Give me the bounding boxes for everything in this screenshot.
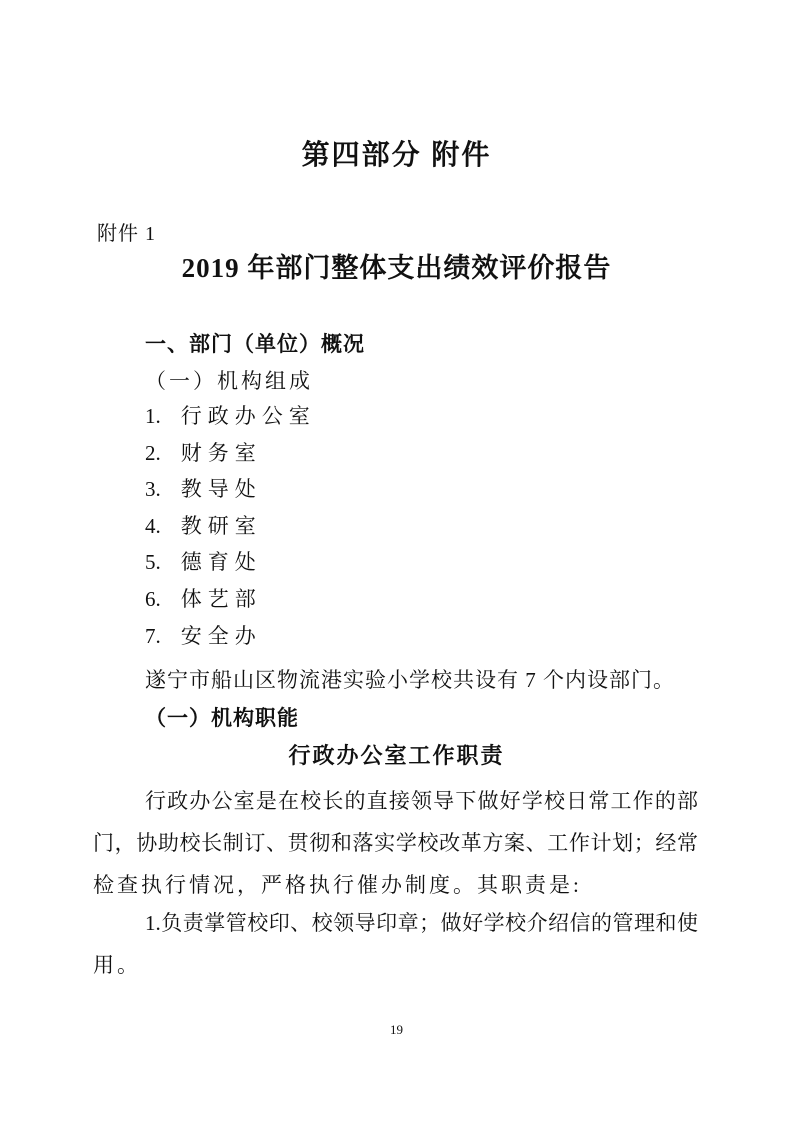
report-title: 2019 年部门整体支出绩效评价报告 xyxy=(0,250,793,286)
section-heading-overview: 一、部门（单位）概况 xyxy=(145,331,365,359)
org-item-number: 4. xyxy=(145,508,161,545)
paragraph-line: 门，协助校长制订、贯彻和落实学校改革方案、工作计划；经常 xyxy=(93,822,698,864)
org-list-item: 1.行政办公室 xyxy=(145,398,316,435)
org-item-number: 5. xyxy=(145,544,161,581)
attachment-label: 附件 1 xyxy=(97,221,156,247)
paragraph-line: 用。 xyxy=(93,944,698,986)
paragraph-line: 检查执行情况，严格执行催办制度。其职责是: xyxy=(93,864,698,906)
paragraph-line: 行政办公室是在校长的直接领导下做好学校日常工作的部 xyxy=(93,780,698,822)
org-list: 1.行政办公室 2.财务室 3.教导处 4.教研室 5.德育处 6.体艺部 7.… xyxy=(145,398,316,654)
page-number: 19 xyxy=(0,1021,793,1039)
duty-title: 行政办公室工作职责 xyxy=(0,741,793,771)
subheading-org-function: （一）机构职能 xyxy=(145,704,299,734)
org-list-item: 3.教导处 xyxy=(145,471,316,508)
org-list-item: 6.体艺部 xyxy=(145,581,316,618)
org-list-item: 5.德育处 xyxy=(145,544,316,581)
org-item-number: 1. xyxy=(145,398,161,435)
document-page: 第四部分 附件 附件 1 2019 年部门整体支出绩效评价报告 一、部门（单位）… xyxy=(0,0,793,1122)
org-summary-line: 遂宁市船山区物流港实验小学校共设有 7 个内设部门。 xyxy=(145,665,675,695)
org-item-number: 3. xyxy=(145,471,161,508)
org-item-number: 6. xyxy=(145,581,161,618)
subheading-org-composition: （一）机构组成 xyxy=(145,367,313,395)
paragraph-line: 1.负责掌管校印、校领导印章；做好学校介绍信的管理和使 xyxy=(93,902,698,944)
org-item-name: 德育处 xyxy=(181,550,262,574)
org-item-number: 2. xyxy=(145,435,161,472)
org-list-item: 2.财务室 xyxy=(145,435,316,472)
org-item-number: 7. xyxy=(145,618,161,655)
org-item-name: 安全办 xyxy=(181,624,262,648)
org-list-item: 7.安全办 xyxy=(145,618,316,655)
part-title: 第四部分 附件 xyxy=(0,138,793,172)
org-item-name: 教研室 xyxy=(181,514,262,538)
duty-paragraph: 行政办公室是在校长的直接领导下做好学校日常工作的部 门，协助校长制订、贯彻和落实… xyxy=(93,780,698,906)
org-item-name: 教导处 xyxy=(181,477,262,501)
org-item-name: 财务室 xyxy=(181,441,262,465)
org-item-name: 行政办公室 xyxy=(181,404,316,428)
org-item-name: 体艺部 xyxy=(181,587,262,611)
duty-item-1: 1.负责掌管校印、校领导印章；做好学校介绍信的管理和使 用。 xyxy=(93,902,698,986)
org-list-item: 4.教研室 xyxy=(145,508,316,545)
